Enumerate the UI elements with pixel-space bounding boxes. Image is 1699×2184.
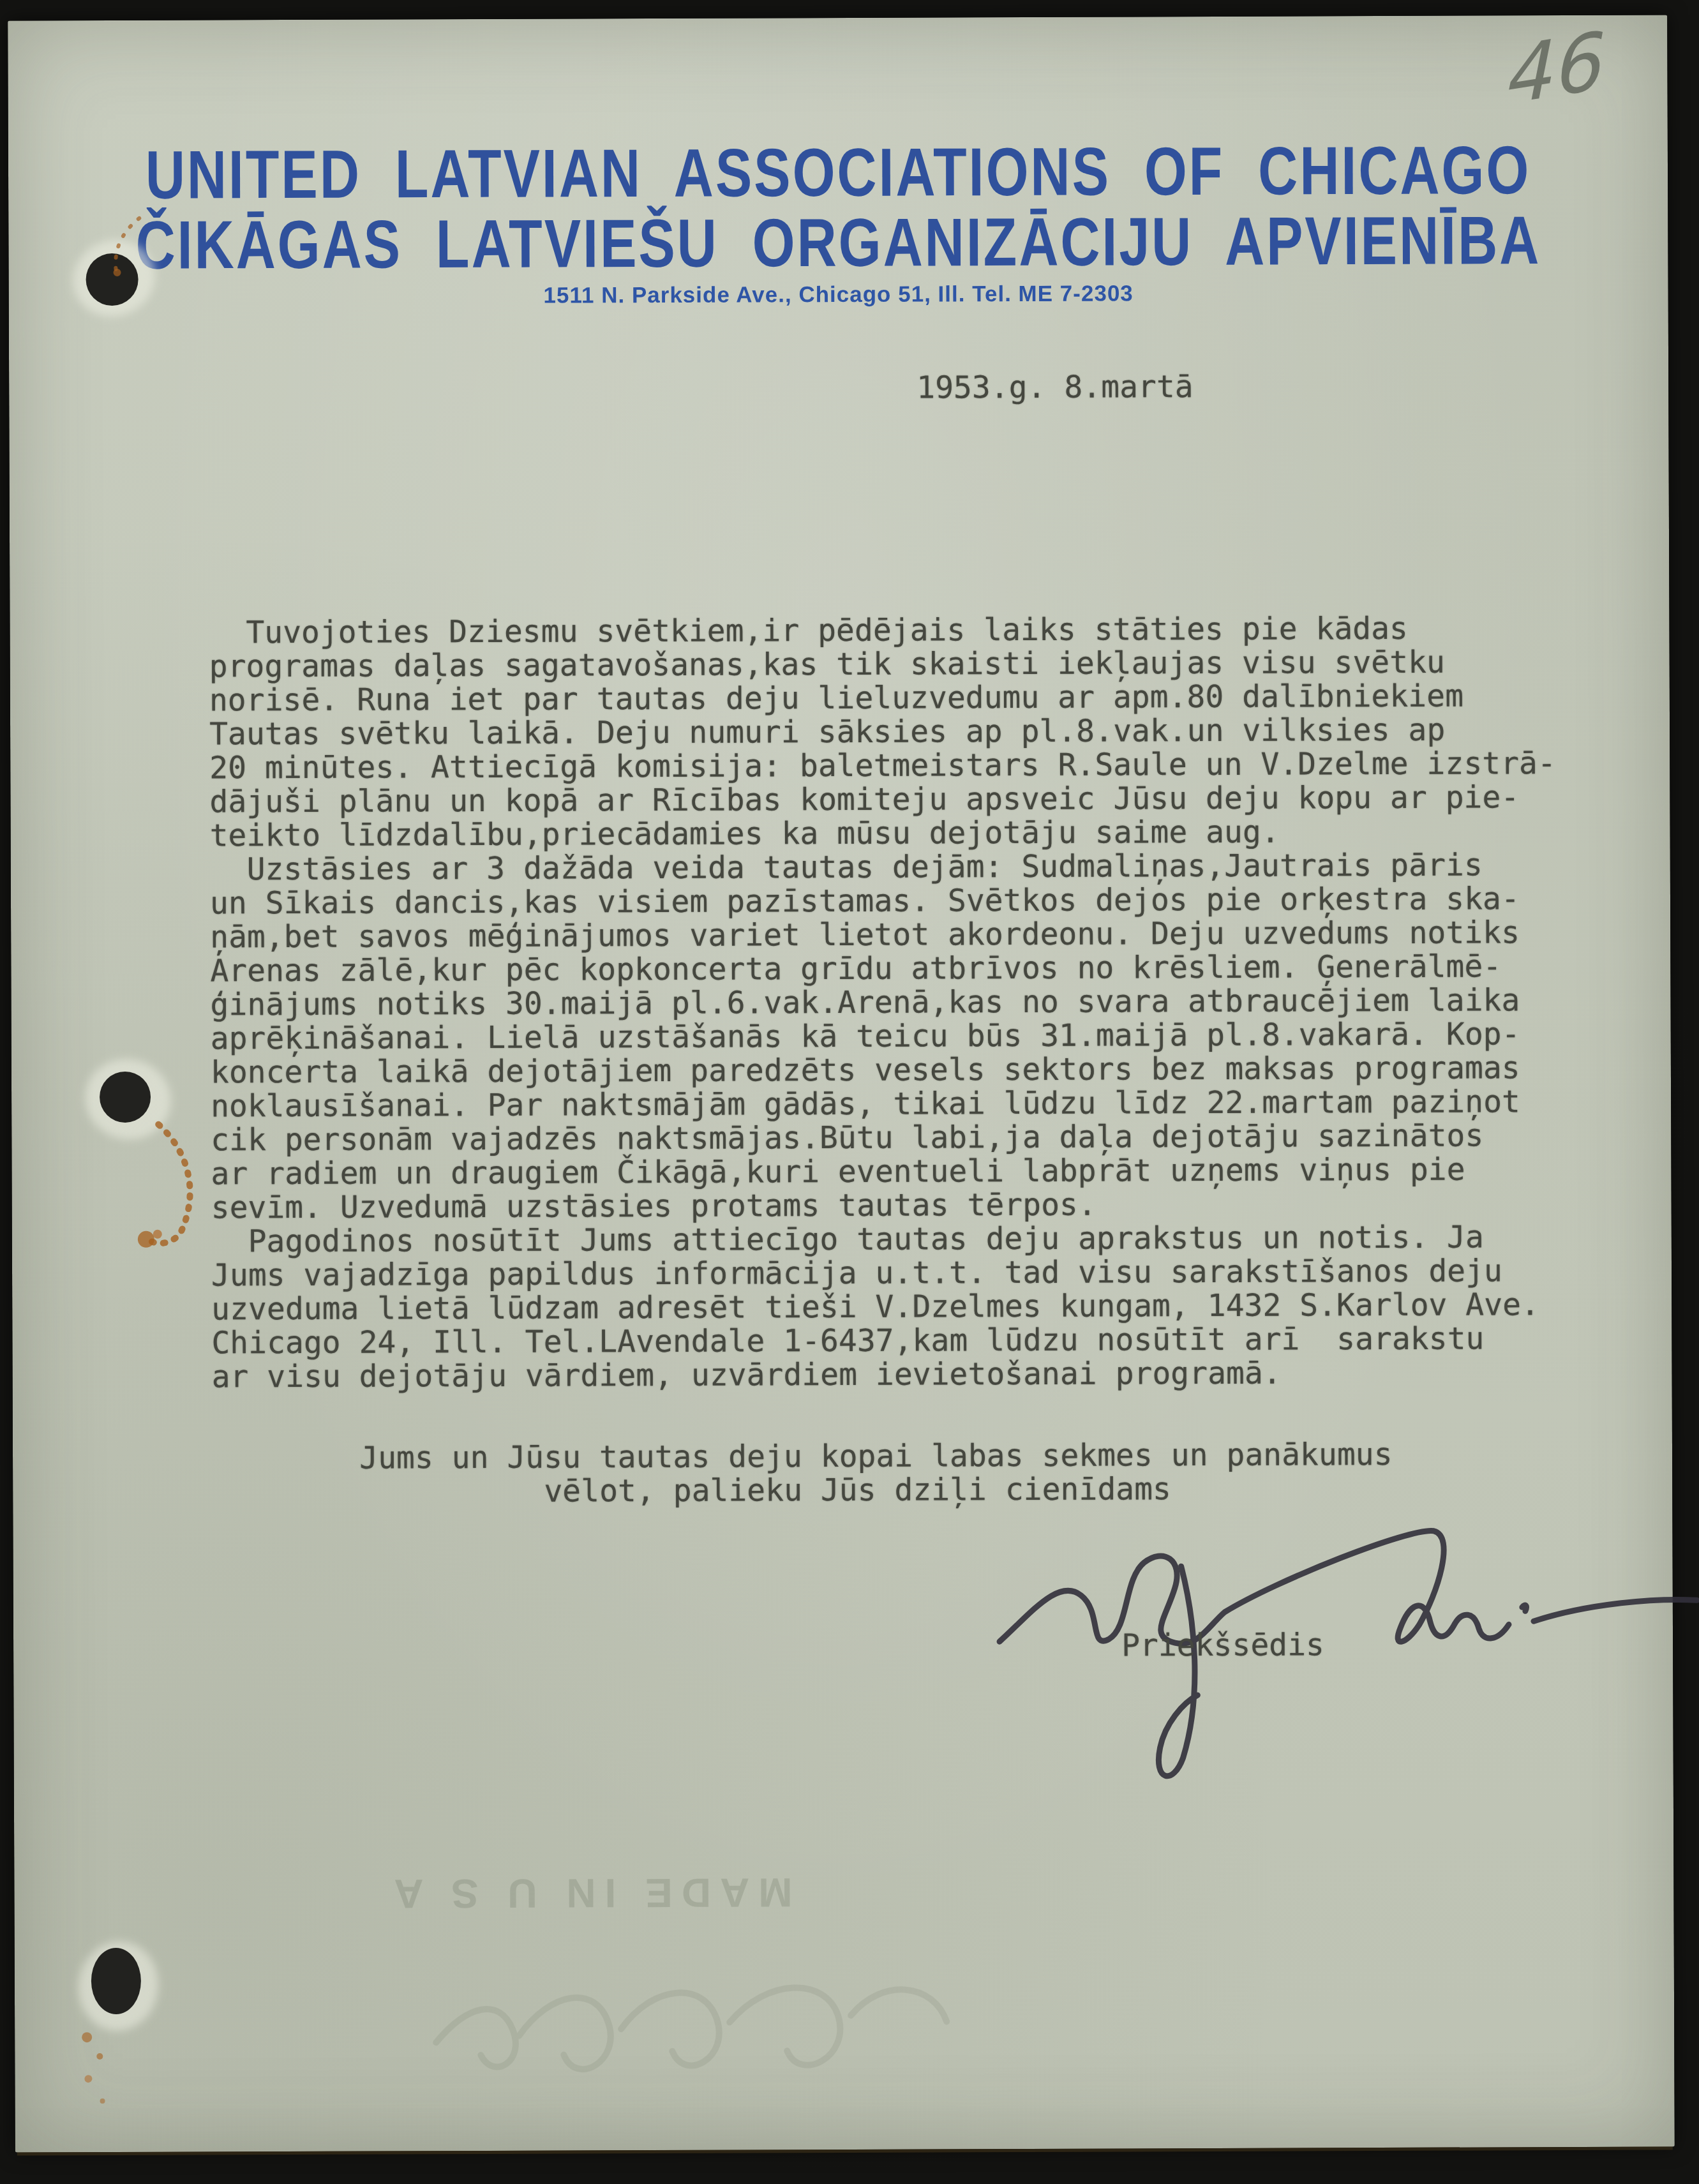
letterhead-address: 1511 N. Parkside Ave., Chicago 51, Ill. … bbox=[9, 279, 1668, 310]
body-paragraph-3: Pagodinos nosūtīt Jums attiecīgo tautas … bbox=[211, 1220, 1559, 1394]
rust-stain-middle bbox=[120, 1092, 248, 1271]
typed-line: dājuši plānu un kopā ar Rīcības komiteju… bbox=[209, 781, 1556, 819]
typed-line: ar visu dejotāju vārdiem, uzvārdiem ievi… bbox=[212, 1356, 1559, 1394]
letterhead-org-name-latvian-text: ČIKĀGAS LATVIEŠU ORGANIZĀCIJU APVIENĪBA bbox=[135, 202, 1541, 285]
letterhead-org-name-latvian: ČIKĀGAS LATVIEŠU ORGANIZĀCIJU APVIENĪBA bbox=[8, 209, 1668, 278]
handwritten-signature bbox=[970, 1502, 1699, 1823]
rust-stain-bottom bbox=[69, 2018, 172, 2134]
signature-title: Priekšsēdis bbox=[1121, 1627, 1324, 1663]
rust-stain-top bbox=[79, 212, 181, 295]
letter-body: Tuvojoties Dziesmu svētkiem,ir pēdējais … bbox=[209, 611, 1558, 1394]
closing-lines: Jums un Jūsu tautas deju kopai labas sek… bbox=[212, 1438, 1393, 1509]
watermark-made-in-usa: MADE IN U S A bbox=[282, 1869, 895, 1918]
punch-hole-bottom bbox=[91, 1948, 141, 2014]
letter-paper: UNITED LATVIAN ASSOCIATIONS OF CHICAGO Č… bbox=[8, 15, 1675, 2152]
typed-line: Jums un Jūsu tautas deju kopai labas sek… bbox=[212, 1438, 1393, 1476]
watermark-script bbox=[410, 1926, 985, 2119]
page-number: 46 bbox=[1507, 15, 1606, 123]
typed-line: Chicago 24, Ill. Tel.LAvendale 1-6437,ka… bbox=[211, 1322, 1558, 1360]
date-line: 1953.g. 8.martā bbox=[917, 369, 1194, 406]
letterhead-org-name-english: UNITED LATVIAN ASSOCIATIONS OF CHICAGO bbox=[8, 138, 1668, 207]
body-paragraph-2: Uzstāsies ar 3 dažāda veida tautas dejām… bbox=[210, 848, 1558, 1225]
body-paragraph-1: Tuvojoties Dziesmu svētkiem,ir pēdējais … bbox=[209, 611, 1556, 853]
scanned-letter-page: { "page": { "page_number": "46" }, "lett… bbox=[0, 0, 1699, 2184]
typed-line: ar radiem un draugiem Čikāgā,kuri eventu… bbox=[211, 1153, 1557, 1191]
